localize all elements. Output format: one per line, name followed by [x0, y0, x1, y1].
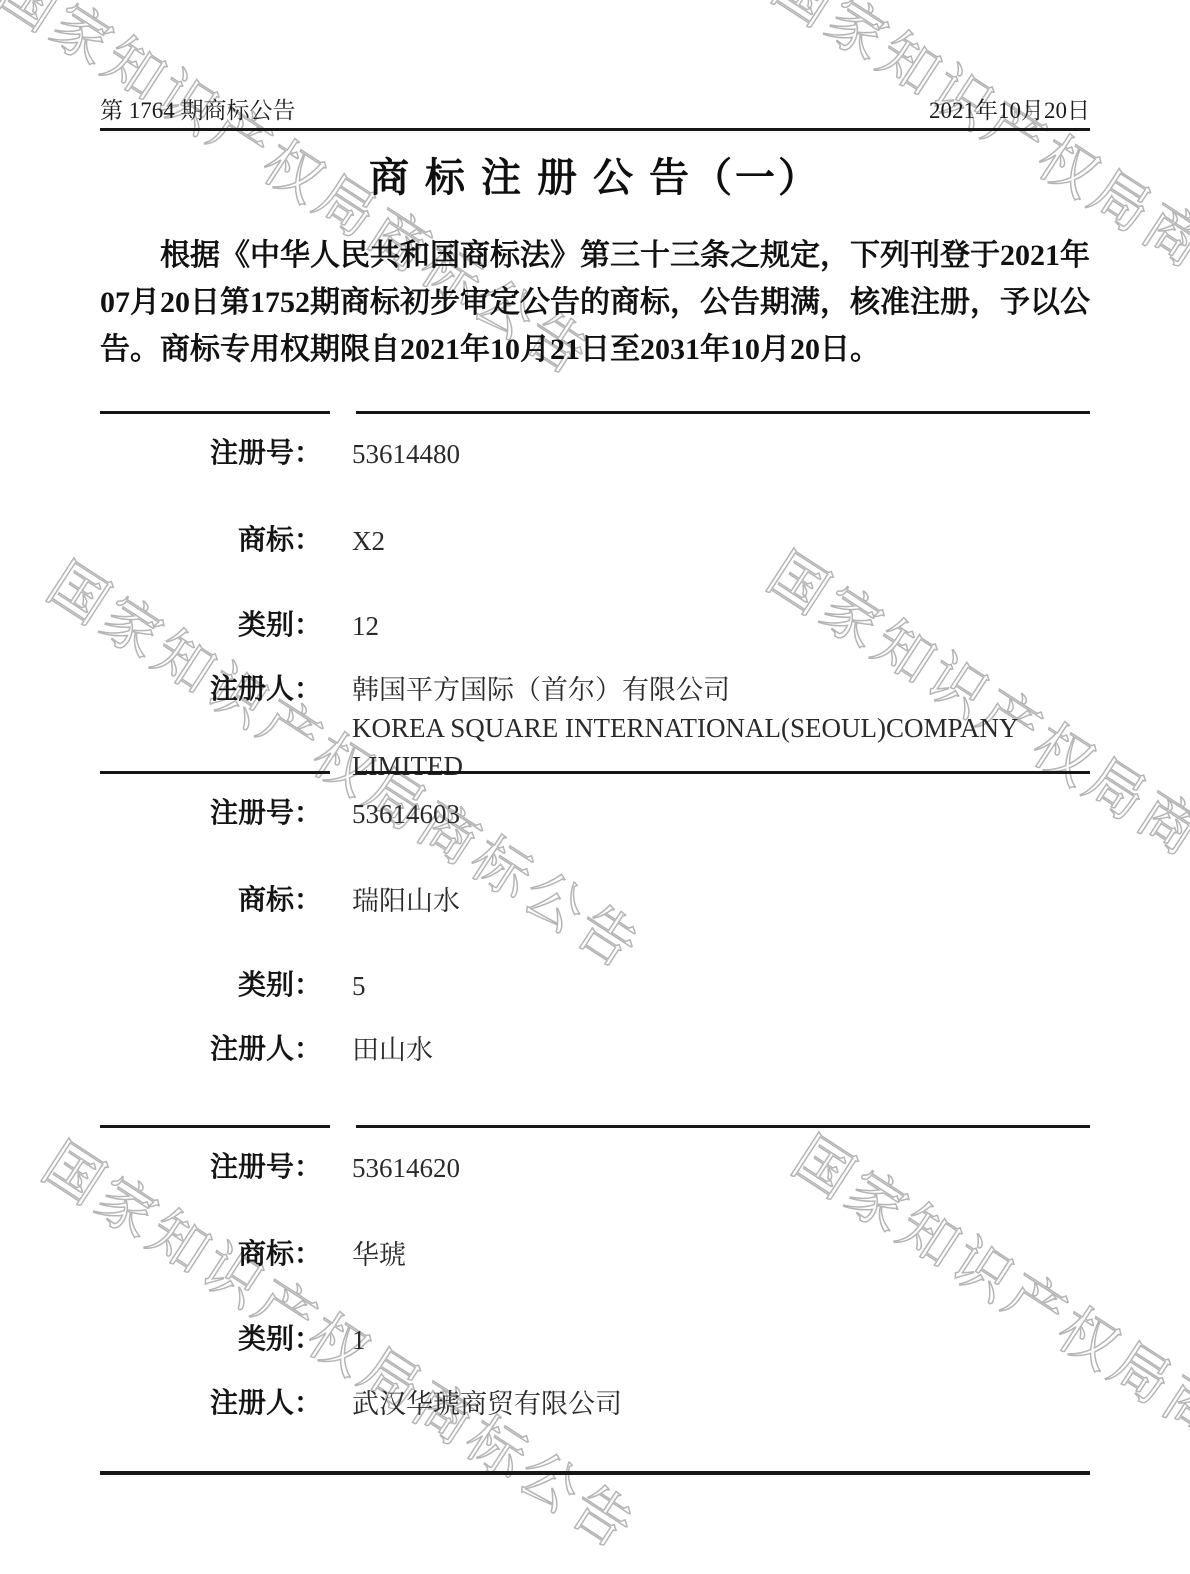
registrant-value: 田山水	[352, 1031, 1090, 1069]
registrant-label: 注册人：	[100, 1385, 322, 1423]
category-row: 类别： 1	[100, 1321, 1090, 1359]
document-content: 第 1764 期商标公告 2021年10月20日 商 标 注 册 公 告（一） …	[100, 0, 1090, 1574]
trademark-value: 华琥	[352, 1236, 1090, 1274]
registration-number-value: 53614620	[352, 1149, 1090, 1187]
registration-number-label: 注册号：	[100, 435, 322, 473]
category-row: 类别： 12	[100, 607, 1090, 645]
entry-divider	[100, 411, 1090, 414]
category-value: 12	[352, 607, 1090, 645]
category-label: 类别：	[100, 1321, 322, 1359]
category-label: 类别：	[100, 607, 322, 645]
registration-number-row: 注册号： 53614480	[100, 435, 1090, 473]
gazette-date: 2021年10月20日	[929, 92, 1090, 125]
gazette-issue-label: 第 1764 期商标公告	[100, 92, 296, 125]
category-row: 类别： 5	[100, 967, 1090, 1005]
page-title: 商 标 注 册 公 告（一）	[100, 146, 1090, 203]
intro-paragraph: 根据《中华人民共和国商标法》第三十三条之规定，下列刊登于2021年07月20日第…	[100, 232, 1090, 373]
registration-number-value: 53614480	[352, 435, 1090, 473]
registrant-name-en: KOREA SQUARE INTERNATIONAL(SEOUL)COMPANY	[352, 709, 1090, 747]
registrant-row: 注册人： 武汉华琥商贸有限公司	[100, 1385, 1090, 1423]
registration-number-row: 注册号： 53614620	[100, 1149, 1090, 1187]
trademark-entry: 注册号： 53614620 商标： 华琥 类别： 1 注册人： 武汉华琥商贸有限…	[100, 1125, 1090, 1471]
trademark-label: 商标：	[100, 882, 322, 920]
trademark-row: 商标： 华琥	[100, 1236, 1090, 1274]
registrant-row: 注册人： 田山水	[100, 1031, 1090, 1069]
trademark-row: 商标： 瑞阳山水	[100, 882, 1090, 920]
gazette-page: 国家知识产权局商标公告 国家知识产权局商标公告 国家知识产权局商标公告 国家知识…	[0, 0, 1190, 1574]
registration-number-value: 53614603	[352, 795, 1090, 833]
registrant-row: 注册人： 韩国平方国际（首尔）有限公司 KOREA SQUARE INTERNA…	[100, 671, 1090, 785]
bottom-rule	[100, 1471, 1090, 1475]
trademark-row: 商标： X2	[100, 522, 1090, 560]
entry-divider	[100, 771, 1090, 774]
registrant-value: 武汉华琥商贸有限公司	[352, 1385, 1090, 1423]
entry-divider	[100, 1125, 1090, 1128]
registrant-value: 韩国平方国际（首尔）有限公司 KOREA SQUARE INTERNATIONA…	[352, 671, 1090, 785]
header-rule	[100, 128, 1090, 131]
trademark-label: 商标：	[100, 522, 322, 560]
trademark-value: 瑞阳山水	[352, 882, 1090, 920]
registration-number-label: 注册号：	[100, 1149, 322, 1187]
category-value: 1	[352, 1321, 1090, 1359]
trademark-entry: 注册号： 53614480 商标： X2 类别： 12 注册人： 韩国平方国际（…	[100, 411, 1090, 771]
trademark-label: 商标：	[100, 1236, 322, 1274]
registration-number-label: 注册号：	[100, 795, 322, 833]
trademark-entry: 注册号： 53614603 商标： 瑞阳山水 类别： 5 注册人： 田山水	[100, 771, 1090, 1125]
registrant-name-cn: 韩国平方国际（首尔）有限公司	[352, 671, 1090, 709]
registrant-label: 注册人：	[100, 1031, 322, 1069]
category-label: 类别：	[100, 967, 322, 1005]
trademark-value: X2	[352, 522, 1090, 560]
category-value: 5	[352, 967, 1090, 1005]
registration-number-row: 注册号： 53614603	[100, 795, 1090, 833]
registrant-label: 注册人：	[100, 671, 322, 709]
page-header: 第 1764 期商标公告 2021年10月20日	[100, 92, 1090, 125]
